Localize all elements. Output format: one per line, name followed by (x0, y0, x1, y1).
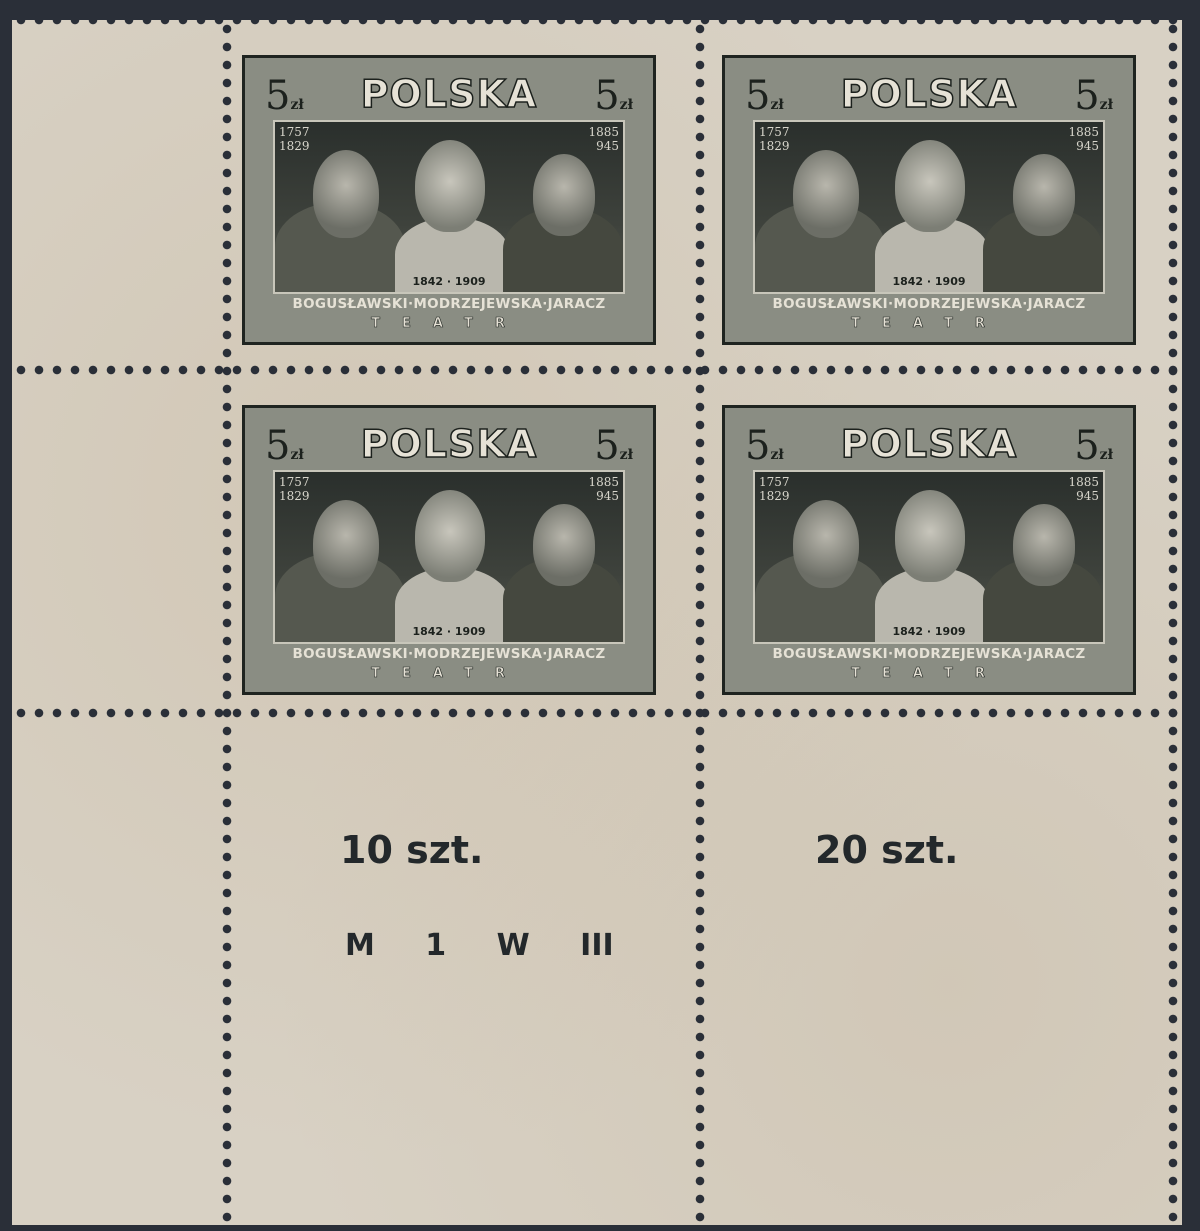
dates-right: 1885945 (1068, 476, 1099, 504)
value-right: 5zł (594, 426, 633, 466)
country-name: POLSKA (841, 422, 1018, 466)
value-right: 5zł (594, 76, 633, 116)
stamp: 5zł POLSKA 5zł 17571829 1885945 1842 · 1… (242, 405, 656, 695)
portrait-vignette: 17571829 1885945 1842 · 1909 (273, 470, 625, 644)
dates-right: 1885945 (588, 126, 619, 154)
value-left: 5zł (265, 76, 304, 116)
dates-left: 17571829 (279, 126, 310, 154)
country-name: POLSKA (361, 72, 538, 116)
portrait-vignette: 17571829 1885945 1842 · 1909 (273, 120, 625, 294)
country-name: POLSKA (361, 422, 538, 466)
perforation-col-left (222, 20, 232, 1225)
dates-center: 1842 · 1909 (275, 275, 623, 288)
perforation-top (12, 15, 1182, 25)
teatr-caption: TEATR (245, 316, 653, 331)
names-caption: BOGUSŁAWSKI·MODRZEJEWSKA·JARACZ (725, 296, 1133, 312)
value-right: 5zł (1074, 76, 1113, 116)
dates-left: 17571829 (759, 126, 790, 154)
value-left: 5zł (745, 76, 784, 116)
names-caption: BOGUSŁAWSKI·MODRZEJEWSKA·JARACZ (245, 646, 653, 662)
dates-right: 1885945 (588, 476, 619, 504)
names-caption: BOGUSŁAWSKI·MODRZEJEWSKA·JARACZ (245, 296, 653, 312)
perforation-right (1168, 20, 1178, 1225)
names-caption: BOGUSŁAWSKI·MODRZEJEWSKA·JARACZ (725, 646, 1133, 662)
portrait-vignette: 17571829 1885945 1842 · 1909 (753, 470, 1105, 644)
dates-center: 1842 · 1909 (755, 275, 1103, 288)
value-right: 5zł (1074, 426, 1113, 466)
stamp: 5zł POLSKA 5zł 17571829 1885945 1842 · 1… (242, 55, 656, 345)
country-name: POLSKA (841, 72, 1018, 116)
dates-center: 1842 · 1909 (755, 625, 1103, 638)
plate-marks: M 1 W III (345, 928, 614, 963)
perforation-row-1 (12, 365, 1182, 375)
value-left: 5zł (745, 426, 784, 466)
teatr-caption: TEATR (245, 666, 653, 681)
dates-right: 1885945 (1068, 126, 1099, 154)
dates-left: 17571829 (759, 476, 790, 504)
teatr-caption: TEATR (725, 666, 1133, 681)
stamp: 5zł POLSKA 5zł 17571829 1885945 1842 · 1… (722, 405, 1136, 695)
perforation-row-2 (12, 708, 1182, 718)
teatr-caption: TEATR (725, 316, 1133, 331)
perforation-col-mid (695, 20, 705, 1225)
counter-right: 20 szt. (815, 828, 958, 872)
portrait-vignette: 17571829 1885945 1842 · 1909 (753, 120, 1105, 294)
value-left: 5zł (265, 426, 304, 466)
counter-left: 10 szt. (340, 828, 483, 872)
dates-center: 1842 · 1909 (275, 625, 623, 638)
dates-left: 17571829 (279, 476, 310, 504)
stamp: 5zł POLSKA 5zł 17571829 1885945 1842 · 1… (722, 55, 1136, 345)
